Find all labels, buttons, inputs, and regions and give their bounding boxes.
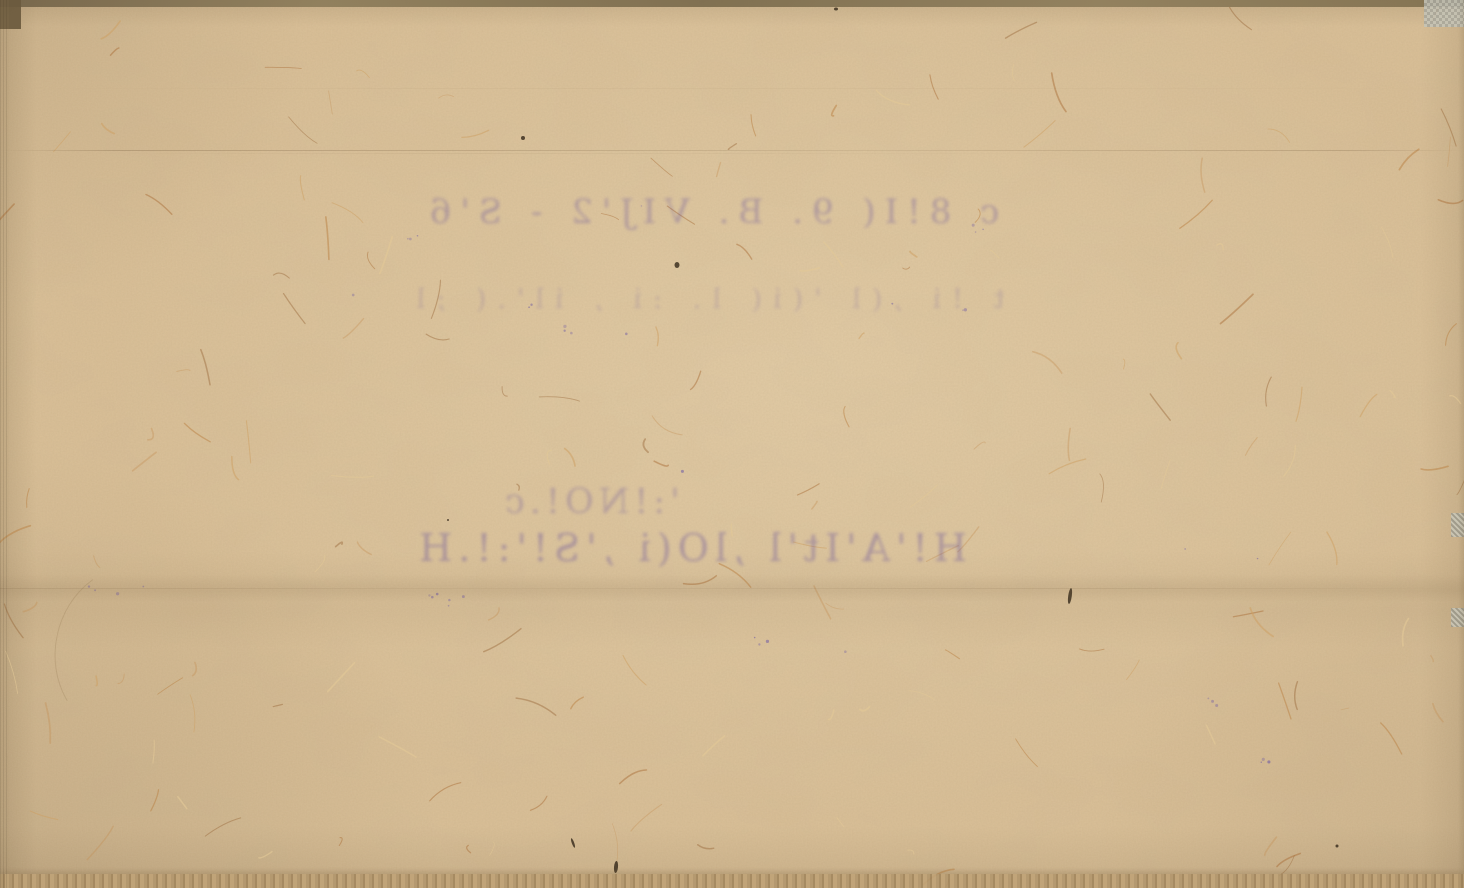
scan-edge-right — [1458, 0, 1464, 888]
grain-highlight-layer — [0, 0, 1464, 888]
postcard-back-scan: c 8!I( 9. B. VIJ'2 - S'6 t !i ,(l '(i( l… — [0, 0, 1464, 888]
scan-edge-top — [0, 0, 1464, 7]
crease-line-faint — [0, 88, 1464, 89]
scan-edge-bottom — [0, 874, 1464, 888]
ink-bleed-line-middle: H!'A'It'l ,lO(i ,'S!':!.H — [355, 526, 1025, 570]
crease-line-upper — [0, 150, 1464, 151]
ink-bleed-line-stamp: c 8!I( 9. B. VIJ'2 - S'6 — [420, 192, 1000, 232]
ink-bleed-line-upper: t !i ,(l '(i( l. :i , il'.( ;l — [340, 284, 1070, 315]
ink-bleed-word-middle: ':!NO!.c — [450, 482, 730, 522]
crease-line-upper-shadow — [0, 153, 1464, 154]
scan-edge-left — [0, 0, 9, 888]
crease-line-lower — [0, 588, 1464, 589]
paper-texture-svg — [0, 0, 1464, 888]
